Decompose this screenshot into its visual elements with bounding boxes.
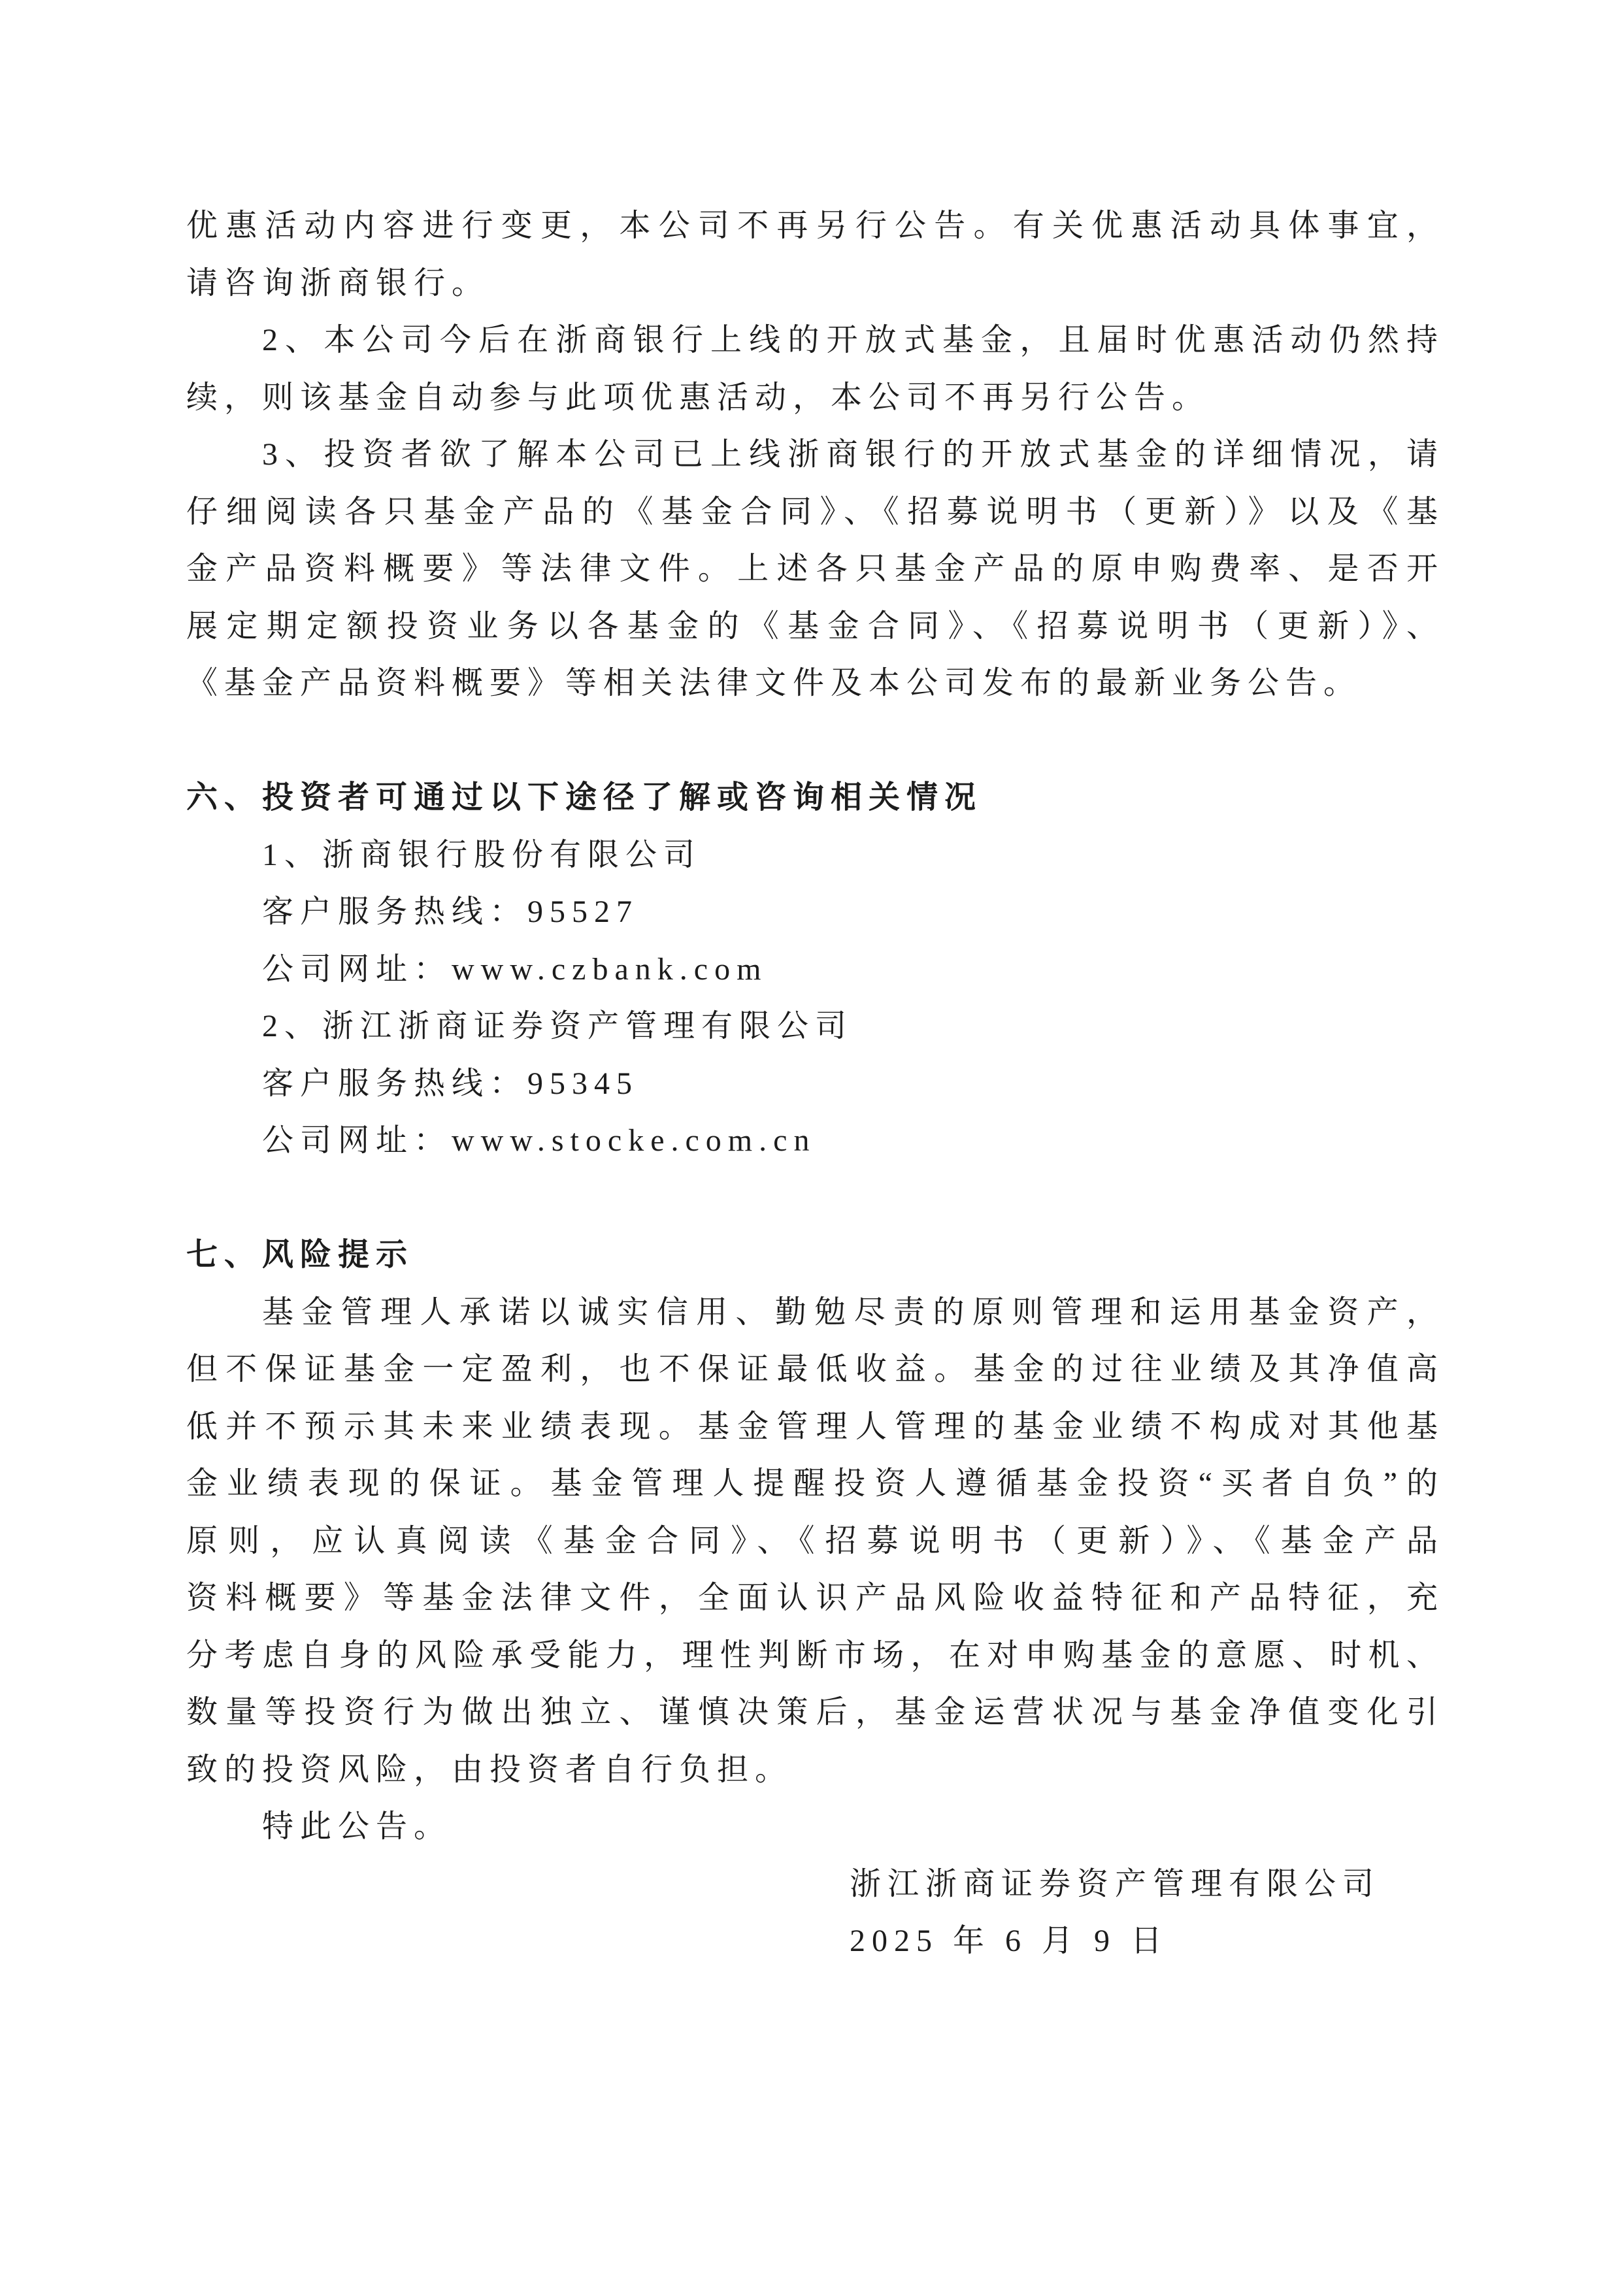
body-line: 仔细阅读各只基金产品的《基金合同》、《招募说明书（更新）》以及《基	[186, 484, 1444, 541]
risk-line: 基金管理人承诺以诚实信用、勤勉尽责的原则管理和运用基金资产，	[186, 1284, 1444, 1341]
signature-date: 2025 年 6 月 9 日	[850, 1912, 1444, 1970]
body-line: 请咨询浙商银行。	[186, 255, 1444, 312]
body-line: 金产品资料概要》等法律文件。上述各只基金产品的原申购费率、是否开	[186, 540, 1444, 598]
signature-company: 浙江浙商证券资产管理有限公司	[850, 1856, 1444, 1913]
section-six-heading: 六、投资者可通过以下途径了解或咨询相关情况	[186, 769, 1444, 827]
blank-line	[186, 1170, 1444, 1227]
bank-service-hotline: 客户服务热线：95527	[186, 883, 1444, 941]
body-line: 优惠活动内容进行变更，本公司不再另行公告。有关优惠活动具体事宜，	[186, 197, 1444, 255]
risk-line: 但不保证基金一定盈利，也不保证最低收益。基金的过往业绩及其净值高	[186, 1341, 1444, 1398]
bank-website: 公司网址：www.czbank.com	[186, 941, 1444, 998]
body-line-item-2: 2、本公司今后在浙商银行上线的开放式基金，且届时优惠活动仍然持	[186, 312, 1444, 369]
section-seven-heading: 七、风险提示	[186, 1226, 1444, 1284]
blank-line	[186, 712, 1444, 770]
bank-company-name: 1、浙商银行股份有限公司	[186, 827, 1444, 884]
body-line: 《基金产品资料概要》等相关法律文件及本公司发布的最新业务公告。	[186, 655, 1444, 712]
body-line-item-3: 3、投资者欲了解本公司已上线浙商银行的开放式基金的详细情况，请	[186, 426, 1444, 484]
risk-line: 低并不预示其未来业绩表现。基金管理人管理的基金业绩不构成对其他基	[186, 1398, 1444, 1456]
risk-line: 资料概要》等基金法律文件，全面认识产品风险收益特征和产品特征，充	[186, 1569, 1444, 1627]
manager-service-hotline: 客户服务热线：95345	[186, 1055, 1444, 1113]
risk-line: 原则，应认真阅读《基金合同》、《招募说明书（更新）》、《基金产品	[186, 1513, 1444, 1570]
manager-website: 公司网址：www.stocke.com.cn	[186, 1112, 1444, 1170]
risk-line: 数量等投资行为做出独立、谨慎决策后，基金运营状况与基金净值变化引	[186, 1684, 1444, 1741]
announcement-body: 优惠活动内容进行变更，本公司不再另行公告。有关优惠活动具体事宜， 请咨询浙商银行…	[186, 197, 1444, 1970]
body-line: 续，则该基金自动参与此项优惠活动，本公司不再另行公告。	[186, 369, 1444, 427]
body-line: 展定期定额投资业务以各基金的《基金合同》、《招募说明书（更新）》、	[186, 598, 1444, 655]
announcement-closing: 特此公告。	[186, 1798, 1444, 1856]
document-page: 优惠活动内容进行变更，本公司不再另行公告。有关优惠活动具体事宜， 请咨询浙商银行…	[0, 0, 1624, 2296]
risk-line: 金业绩表现的保证。基金管理人提醒投资人遵循基金投资“买者自负”的	[186, 1455, 1444, 1513]
risk-line: 致的投资风险，由投资者自行负担。	[186, 1741, 1444, 1799]
risk-line: 分考虑自身的风险承受能力，理性判断市场，在对申购基金的意愿、时机、	[186, 1627, 1444, 1684]
manager-company-name: 2、浙江浙商证券资产管理有限公司	[186, 998, 1444, 1055]
